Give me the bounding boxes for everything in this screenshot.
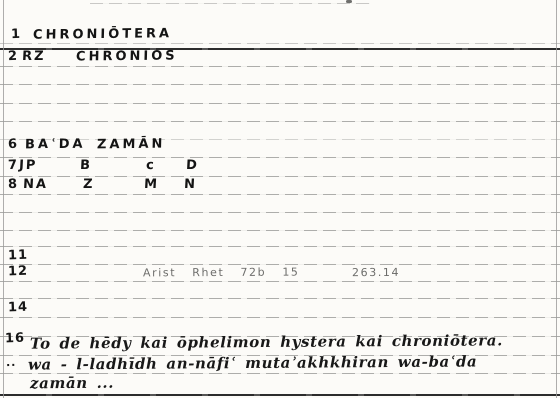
greek-quote-transliteration: To de hēdy kai ōphelimon hystera kai chr…: [30, 331, 503, 352]
card-line-2: 2 RZ CHRONIOS: [0, 49, 560, 69]
card-line-7: 7 JP B c D: [0, 158, 560, 178]
card-line-8: 8 NA Z M N: [0, 177, 560, 197]
line-number: 7: [8, 158, 19, 173]
siglum: Z: [83, 177, 95, 192]
line-number: 6: [8, 137, 19, 152]
arabic-word: ZAMĀN: [97, 137, 166, 153]
rule-line: [0, 121, 560, 122]
card-line-17: .. wa - l-ladhīdh an-nāfiʿ mutaʾakhkhira…: [0, 354, 560, 374]
rule-line: [90, 3, 370, 4]
line-number: 16: [5, 331, 26, 347]
card-line-1: 1 CHRONIŌTERA: [0, 27, 560, 47]
headword: CHRONIŌTERA: [33, 26, 172, 42]
rule-line: [0, 230, 560, 231]
rule-line: [0, 298, 560, 299]
index-card: 1 CHRONIŌTERA 2 RZ CHRONIOS 6 BAʿDA ZAMĀ…: [0, 0, 560, 398]
siglum: NA: [23, 177, 49, 192]
scan-artifact: [346, 0, 352, 3]
siglum: D: [186, 158, 200, 173]
ellipsis-marker: ..: [6, 356, 17, 369]
siglum: c: [146, 158, 157, 173]
siglum: B: [80, 158, 93, 173]
page-line-reference: 263.14: [352, 266, 400, 279]
rule-line: [0, 84, 560, 85]
line-number: 12: [8, 264, 29, 280]
card-line-6: 6 BAʿDA ZAMĀN: [0, 137, 560, 157]
rule-line: [0, 103, 560, 104]
source-citation: Arist Rhet 72b 15: [143, 266, 300, 280]
arabic-word: BAʿDA: [25, 137, 86, 153]
card-line-18: zamān ...: [0, 374, 560, 394]
line-number: 11: [8, 248, 29, 264]
arabic-quote-transliteration: wa - l-ladhīdh an-nāfiʿ mutaʾakhkhiran w…: [28, 352, 477, 373]
arabic-quote-continuation: zamān ...: [30, 374, 114, 393]
rule-line: [0, 394, 560, 396]
siglum: M: [144, 177, 160, 192]
rule-line: [0, 212, 560, 213]
card-line-12: 12 Arist Rhet 72b 15 263.14: [0, 264, 560, 284]
line-number: 8: [8, 177, 19, 192]
line-number: 14: [8, 300, 29, 316]
line-number: 1: [11, 27, 22, 42]
card-line-16: 16 To de hēdy kai ōphelimon hystera kai …: [0, 333, 560, 353]
siglum: N: [184, 177, 198, 192]
siglum: RZ: [22, 49, 46, 64]
siglum: JP: [19, 158, 38, 173]
line-number: 2: [8, 49, 19, 64]
related-word: CHRONIOS: [76, 48, 178, 64]
rule-line: [0, 246, 560, 247]
card-line-14: 14: [0, 300, 560, 320]
